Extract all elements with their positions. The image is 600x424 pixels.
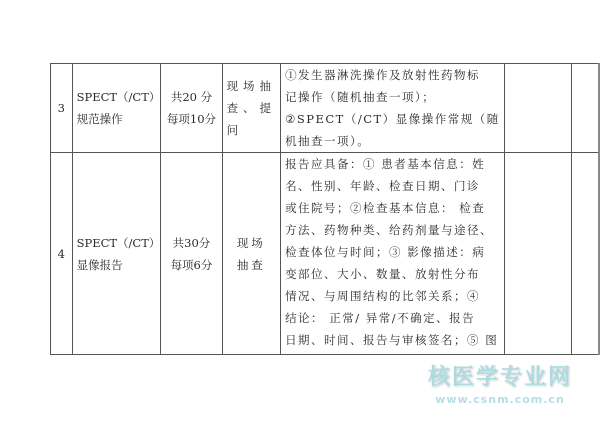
item-cell: SPECT（/CT） 规范操作 — [72, 64, 161, 153]
method-line: 现场抽 — [227, 75, 277, 97]
blank-cell — [504, 153, 571, 355]
method-cell: 现场 抽查 — [222, 153, 281, 355]
content-line: 报告应具备：① 患者基本信息：姓 — [285, 153, 500, 175]
content-line: 日期、时间、报告与审核签名；⑤ 图 — [285, 329, 500, 351]
blank-cell — [571, 64, 599, 153]
item-line: SPECT（/CT） — [77, 232, 161, 254]
score-cell: 共20 分 每项10分 — [161, 64, 222, 153]
method-cell: 现场抽 查、提 问 — [222, 64, 281, 153]
content-line: 记操作（随机抽查一项）； — [285, 86, 500, 108]
content-line: 检查体位与时间；③ 影像描述：病 — [285, 241, 500, 263]
content-line: ②SPECT（/CT）显像操作常规（随 — [285, 108, 500, 130]
item-line: 显像报告 — [77, 254, 161, 276]
method-line: 问 — [227, 119, 277, 141]
item-line: 规范操作 — [77, 108, 161, 130]
method-line: 抽查 — [227, 254, 277, 276]
blank-cell — [571, 153, 599, 355]
score-line: 共30分 — [161, 232, 221, 254]
assessment-table: 3 SPECT（/CT） 规范操作 共20 分 每项10分 现场抽 查、提 问 … — [50, 63, 600, 355]
content-line: 情况、与周围结构的比邻关系；④ — [285, 285, 500, 307]
row-index: 4 — [51, 153, 73, 355]
watermark-url: www.csnm.com.cn — [405, 393, 595, 406]
content-line: ①发生器淋洗操作及放射性药物标 — [285, 64, 500, 86]
blank-cell — [504, 64, 571, 153]
score-cell: 共30分 每项6分 — [161, 153, 222, 355]
row-index: 3 — [51, 64, 73, 153]
content-line: 方法、药物种类、给药剂量与途径、 — [285, 219, 500, 241]
score-line: 每项6分 — [161, 254, 221, 276]
content-line: 结论： 正常/ 异常/不确定、报告 — [285, 307, 500, 329]
content-cell: ①发生器淋洗操作及放射性药物标 记操作（随机抽查一项）； ②SPECT（/CT）… — [281, 64, 505, 153]
score-line: 每项10分 — [161, 108, 221, 130]
table-row: 4 SPECT（/CT） 显像报告 共30分 每项6分 现场 抽查 报告应具备：… — [51, 153, 600, 355]
content-line: 变部位、大小、数量、放射性分布 — [285, 263, 500, 285]
content-line: 机抽查一项）。 — [285, 130, 500, 152]
content-line: 名、性别、年龄、检查日期、门诊 — [285, 175, 500, 197]
watermark-title: 核医学专业网 — [405, 360, 595, 391]
item-line: SPECT（/CT） — [77, 86, 161, 108]
watermark: 核医学专业网 www.csnm.com.cn — [405, 360, 595, 406]
table-row: 3 SPECT（/CT） 规范操作 共20 分 每项10分 现场抽 查、提 问 … — [51, 64, 600, 153]
method-line: 查、提 — [227, 97, 277, 119]
score-line: 共20 分 — [161, 86, 221, 108]
item-cell: SPECT（/CT） 显像报告 — [72, 153, 161, 355]
content-cell: 报告应具备：① 患者基本信息：姓 名、性别、年龄、检查日期、门诊 或住院号；②检… — [281, 153, 505, 355]
method-line: 现场 — [227, 232, 277, 254]
content-line: 或住院号；②检查基本信息： 检查 — [285, 197, 500, 219]
